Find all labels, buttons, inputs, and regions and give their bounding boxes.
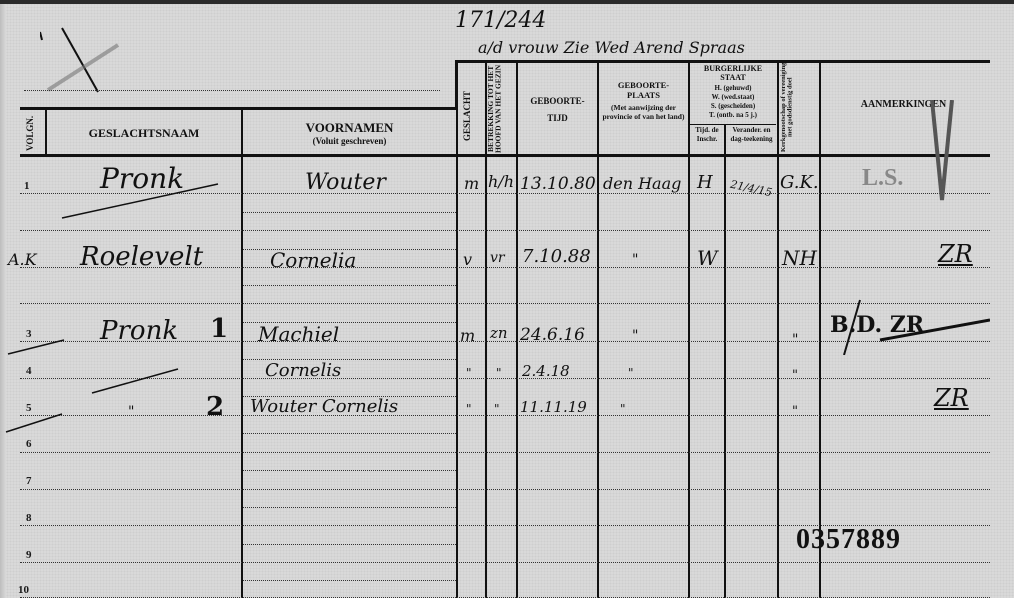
card-top-edge	[0, 0, 1014, 4]
corner-x-mark	[40, 20, 120, 100]
row1-check-mark	[930, 100, 960, 220]
row3-margin-strike	[6, 336, 66, 356]
row1-sex: m	[464, 174, 479, 193]
name-line	[24, 90, 440, 91]
row-number-1: 1	[24, 180, 30, 192]
row2-birthdate: 7.10.88	[522, 246, 591, 267]
row2-civil-status: W	[697, 246, 718, 270]
row1-firstname: Wouter	[305, 170, 386, 195]
row5-sex: "	[466, 402, 472, 416]
header-geslacht: GESLACHT	[463, 80, 472, 152]
address-note: a/d vrouw Zie Wed Arend Spraas	[478, 38, 745, 57]
row2-birthplace: "	[632, 252, 638, 268]
header-geboorteplaats-2: PLAATS	[599, 90, 688, 100]
row3-church: "	[792, 332, 798, 348]
header-volgn: VOLGN.	[26, 114, 35, 152]
row2-surname: Roelevelt	[80, 242, 203, 272]
row5-church: "	[792, 404, 798, 419]
header-verander: Verander. en dag-teekening	[726, 126, 777, 144]
row1-church: G.K.	[780, 172, 819, 193]
row4-sex: "	[466, 366, 472, 380]
bs-sub-divider	[690, 124, 776, 125]
subline-3	[243, 285, 456, 286]
row-number-7: 7	[26, 475, 32, 487]
header-burgerlijke-staat: BURGERLIJKE STAAT	[692, 64, 774, 82]
row3-firstname: Machiel	[258, 322, 339, 346]
header-bottom-border	[20, 154, 990, 157]
row1-relation: h/h	[488, 172, 514, 191]
subline-8	[243, 470, 456, 471]
row5-birthplace: "	[620, 402, 626, 416]
row3-sex: m	[460, 326, 475, 345]
row2-church: NH	[782, 246, 817, 270]
row4-firstname: Cornelis	[265, 360, 341, 381]
row5-birthdate: 11.11.19	[520, 398, 587, 416]
row5-margin-strike	[4, 410, 64, 434]
header-geboorteplaats-sub: (Met aanwijzing der provincie of van het…	[601, 103, 686, 121]
row3-remark-strike	[840, 295, 990, 355]
row2-remark: ZR	[938, 240, 973, 268]
card-left-edge	[0, 4, 6, 598]
row-line-2a	[20, 230, 990, 231]
row1-change-date: 21/4/15	[729, 178, 773, 200]
row5-surname: "	[128, 404, 134, 420]
row-number-9: 9	[26, 549, 32, 561]
row1-birthplace: den Haag	[603, 174, 681, 193]
header-geboortetijd-2: TIJD	[518, 113, 597, 123]
registration-card: 171/244 a/d vrouw Zie Wed Arend Spraas V…	[0, 0, 1014, 598]
row1-stamp-ls: L.S.	[862, 165, 903, 192]
reference-number: 171/244	[455, 8, 546, 33]
row2-relation: vr	[490, 250, 505, 266]
row-number-8: 8	[26, 512, 32, 524]
row3-birthdate: 24.6.16	[520, 325, 585, 345]
header-voornamen: VOORNAMEN	[243, 120, 456, 136]
header-geslachtsnaam: GESLACHTSNAAM	[47, 126, 241, 141]
header-bs-s: S. (gescheiden)	[690, 102, 776, 110]
row4-surname-ditto-stroke	[90, 365, 180, 395]
header-aanmerkingen: AANMERKINGEN	[821, 99, 986, 110]
subline-9	[243, 507, 456, 508]
header-bs-t: T. (ontb. na 5 j.)	[690, 111, 776, 119]
row-number-10: 10	[18, 584, 29, 596]
col-divider-kerk	[819, 60, 821, 598]
stamp-number: 0357889	[796, 524, 901, 556]
header-top-border-right	[455, 60, 990, 63]
header-betrekking: BETREKKING TOT HET HOOFD VAN HET GEZIN	[487, 64, 515, 154]
subline-1	[243, 212, 456, 213]
header-voornamen-sub: (Voluit geschreven)	[243, 136, 456, 146]
row5-marker: 2	[206, 392, 224, 422]
row2-firstname: Cornelia	[270, 248, 356, 272]
row1-civil-status: H	[697, 172, 713, 193]
header-geboortetijd-1: GEBOORTE-	[518, 96, 597, 106]
row3-marker: 1	[210, 314, 228, 344]
col-divider-betrekking	[516, 60, 518, 598]
row5-firstname: Wouter Cornelis	[250, 396, 398, 417]
row-line-7	[20, 489, 990, 490]
row-line-5	[20, 415, 990, 416]
row3-relation: zn	[490, 324, 508, 342]
header-kerkgenootschap: Kerkgenootschap of vereeniging met godsd…	[781, 62, 817, 152]
row2-prefix: A.K	[8, 250, 37, 269]
row3-birthplace: "	[632, 328, 638, 344]
row5-relation: "	[494, 402, 500, 416]
col-divider-voornamen	[456, 60, 458, 598]
header-bs-h: H. (gehuwd)	[690, 84, 776, 92]
row-line-6	[20, 452, 990, 453]
row4-birthplace: "	[628, 366, 634, 380]
col-divider-burgerlijke-staat	[777, 60, 779, 598]
row5-remark: ZR	[934, 384, 969, 412]
row1-birthdate: 13.10.80	[520, 174, 596, 194]
row-line-9	[20, 562, 990, 563]
subline-11	[243, 580, 456, 581]
row-number-6: 6	[26, 438, 32, 450]
col-divider-geboortetijd	[597, 60, 599, 598]
header-bs-w: W. (wed.staat)	[690, 93, 776, 101]
row1-surname-underline	[60, 180, 220, 220]
header-geboorteplaats-1: GEBOORTE-	[599, 80, 688, 90]
row3-surname: Pronk	[100, 316, 178, 346]
header-top-border-left	[20, 107, 457, 110]
row4-church: "	[792, 368, 798, 383]
row4-relation: "	[496, 366, 502, 380]
row4-birthdate: 2.4.18	[522, 362, 570, 380]
col-divider-tijd-inschr	[724, 125, 726, 598]
subline-7	[243, 433, 456, 434]
row-number-4: 4	[26, 365, 32, 377]
subline-10	[243, 544, 456, 545]
header-tijd-inschr: Tijd. de Inschr.	[690, 126, 724, 144]
row2-sex: v	[463, 250, 472, 269]
